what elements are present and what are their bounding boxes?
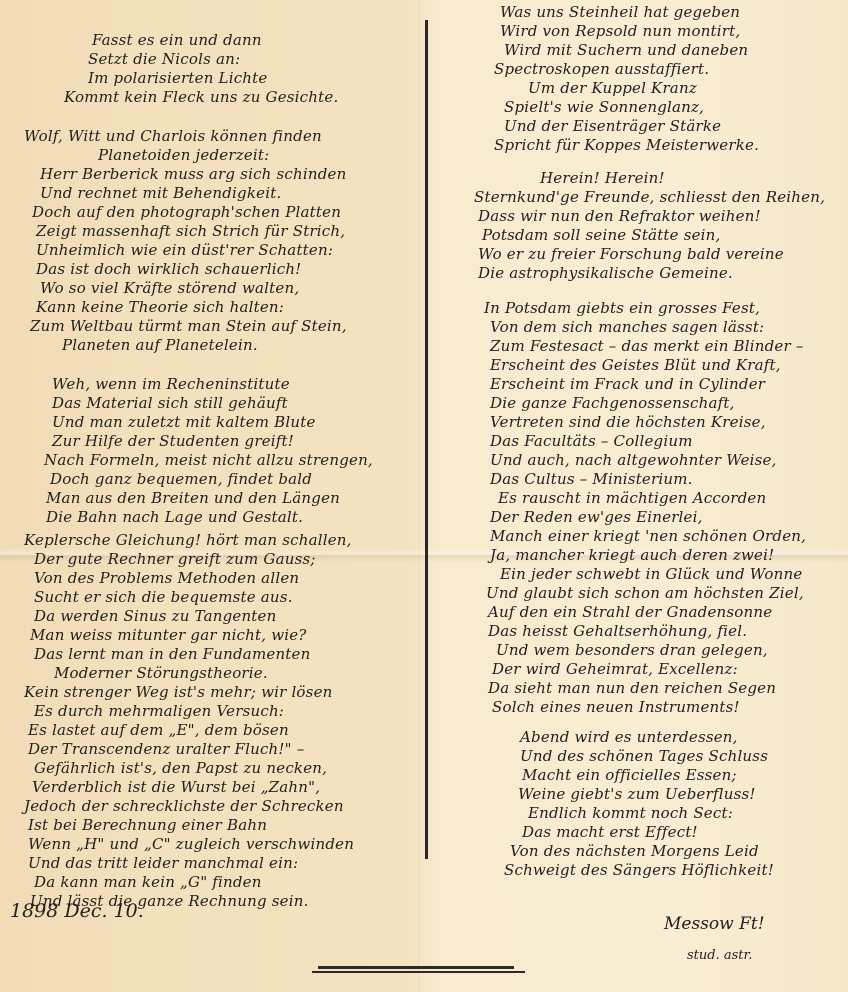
poem-line: Da kann man kein „G" finden (34, 872, 262, 892)
poem-line: Wenn „H" und „C" zugleich verschwinden (28, 834, 354, 854)
poem-line: Zeigt massenhaft sich Strich für Strich, (36, 221, 345, 241)
poem-line: Wo er zu freier Forschung bald vereine (478, 244, 784, 264)
poem-line: Sternkund'ge Freunde, schliesst den Reih… (474, 187, 825, 207)
poem-line: Das lernt man in den Fundamenten (34, 644, 310, 664)
poem-line: Wolf, Witt und Charlois können finden (24, 126, 322, 146)
poem-line: Schweigt des Sängers Höflichkeit! (504, 860, 774, 880)
poem-line: Setzt die Nicols an: (88, 49, 240, 69)
poem-line: Die Bahn nach Lage und Gestalt. (46, 507, 303, 527)
poem-line: Und wem besonders dran gelegen, (496, 640, 768, 660)
poem-line: Herein! Herein! (540, 168, 665, 188)
poem-line: Spricht für Koppes Meisterwerke. (494, 135, 759, 155)
poem-line: Planeten auf Planetelein. (62, 335, 258, 355)
poem-line: Und das tritt leider manchmal ein: (28, 853, 298, 873)
poem-line: Spectroskopen ausstaffiert. (494, 59, 709, 79)
poem-line: Zum Weltbau türmt man Stein auf Stein, (30, 316, 347, 336)
poem-line: Von des nächsten Morgens Leid (510, 841, 759, 861)
poem-line: Nach Formeln, meist nicht allzu strengen… (44, 450, 373, 470)
poem-line: Vertreten sind die höchsten Kreise, (490, 412, 766, 432)
poem-line: Um der Kuppel Kranz (528, 78, 697, 98)
author-title: stud. astr. (687, 948, 752, 963)
poem-line: Auf den ein Strahl der Gnadensonne (488, 602, 772, 622)
poem-line: Was uns Steinheil hat gegeben (500, 2, 740, 22)
closing-rule-top (318, 966, 514, 969)
poem-line: Zum Festesact – das merkt ein Blinder – (490, 336, 804, 356)
poem-line: Erscheint im Frack und in Cylinder (490, 374, 765, 394)
poem-line: Da sieht man nun den reichen Segen (488, 678, 776, 698)
poem-line: Und rechnet mit Behendigkeit. (40, 183, 281, 203)
poem-line: Die astrophysikalische Gemeine. (478, 263, 733, 283)
poem-line: Doch ganz bequemen, findet bald (50, 469, 312, 489)
poem-line: Weine giebt's zum Ueberfluss! (518, 784, 756, 804)
poem-line: Solch eines neuen Instruments! (492, 697, 740, 717)
poem-line: Das heisst Gehaltserhöhung, fiel. (488, 621, 747, 641)
poem-line: Im polarisierten Lichte (88, 68, 267, 88)
poem-line: Doch auf den photograph'schen Platten (32, 202, 341, 222)
poem-line: Da werden Sinus zu Tangenten (34, 606, 276, 626)
poem-line: Manch einer kriegt 'nen schönen Orden, (490, 526, 806, 546)
poem-line: Kann keine Theorie sich halten: (36, 297, 284, 317)
poem-line: Verderblich ist die Wurst bei „Zahn", (32, 777, 320, 797)
poem-line: Ja, mancher kriegt auch deren zwei! (490, 545, 774, 565)
poem-line: Man weiss mitunter gar nicht, wie? (30, 625, 307, 645)
poem-line: Herr Berberick muss arg sich schinden (40, 164, 346, 184)
poem-line: Planetoiden jederzeit: (98, 145, 269, 165)
poem-line: Keplersche Gleichung! hört man schallen, (24, 530, 352, 550)
poem-line: Weh, wenn im Recheninstitute (52, 374, 290, 394)
poem-line: Ist bei Berechnung einer Bahn (28, 815, 267, 835)
poem-line: Unheimlich wie ein düst'rer Schatten: (36, 240, 333, 260)
poem-line: Und des schönen Tages Schluss (520, 746, 768, 766)
poem-line: Dass wir nun den Refraktor weihen! (478, 206, 761, 226)
poem-line: Erscheint des Geistes Blüt und Kraft, (490, 355, 781, 375)
poem-line: Das Material sich still gehäuft (52, 393, 288, 413)
poem-line: Es durch mehrmaligen Versuch: (34, 701, 284, 721)
poem-line: Das macht erst Effect! (522, 822, 698, 842)
poem-line: Wird mit Suchern und daneben (504, 40, 748, 60)
poem-line: Kein strenger Weg ist's mehr; wir lösen (24, 682, 333, 702)
poem-line: Der wird Geheimrat, Excellenz: (492, 659, 738, 679)
poem-line: Moderner Störungstheorie. (54, 663, 268, 683)
poem-line: Und der Eisenträger Stärke (504, 116, 721, 136)
poem-line: Und man zuletzt mit kaltem Blute (52, 412, 316, 432)
poem-line: Abend wird es unterdessen, (520, 727, 738, 747)
poem-line: Potsdam soll seine Stätte sein, (482, 225, 721, 245)
poem-line: Macht ein officielles Essen; (522, 765, 737, 785)
poem-line: Sucht er sich die bequemste aus. (34, 587, 293, 607)
poem-line: Wo so viel Kräfte störend walten, (40, 278, 299, 298)
poem-line: Der Transcendenz uralter Fluch!" – (28, 739, 304, 759)
author-signature: Messow Ft! (664, 914, 765, 934)
poem-line: Das Facultäts – Collegium (490, 431, 693, 451)
poem-line: Ein jeder schwebt in Glück und Wonne (500, 564, 802, 584)
poem-line: Wird von Repsold nun montirt, (500, 21, 740, 41)
poem-line: Es lastet auf dem „E", dem bösen (28, 720, 289, 740)
column-divider (425, 20, 428, 859)
poem-line: Zur Hilfe der Studenten greift! (52, 431, 294, 451)
poem-line: Kommt kein Fleck uns zu Gesichte. (64, 87, 338, 107)
poem-line: Und auch, nach altgewohnter Weise, (490, 450, 777, 470)
poem-line: In Potsdam giebts ein grosses Fest, (484, 298, 760, 318)
poem-line: Von des Problems Methoden allen (34, 568, 299, 588)
poem-line: Fasst es ein und dann (92, 30, 262, 50)
poem-line: Jedoch der schrecklichste der Schrecken (24, 796, 344, 816)
poem-line: Es rauscht in mächtigen Accorden (498, 488, 766, 508)
poem-line: Das Cultus – Ministerium. (490, 469, 693, 489)
poem-line: Der Reden ew'ges Einerlei, (490, 507, 703, 527)
poem-line: Man aus den Breiten und den Längen (46, 488, 340, 508)
poem-line: Endlich kommt noch Sect: (528, 803, 733, 823)
poem-line: Das ist doch wirklich schauerlich! (36, 259, 301, 279)
poem-line: Von dem sich manches sagen lässt: (490, 317, 764, 337)
poem-line: Spielt's wie Sonnenglanz, (504, 97, 704, 117)
paper-fold-vertical (418, 0, 422, 992)
poem-line: Gefährlich ist's, den Papst zu necken, (34, 758, 327, 778)
document-date: 1898 Dec. 10. (10, 900, 144, 922)
poem-line: Und glaubt sich schon am höchsten Ziel, (486, 583, 804, 603)
closing-rule-bottom (312, 971, 525, 973)
poem-line: Der gute Rechner greift zum Gauss; (34, 549, 316, 569)
poem-line: Die ganze Fachgenossenschaft, (490, 393, 735, 413)
